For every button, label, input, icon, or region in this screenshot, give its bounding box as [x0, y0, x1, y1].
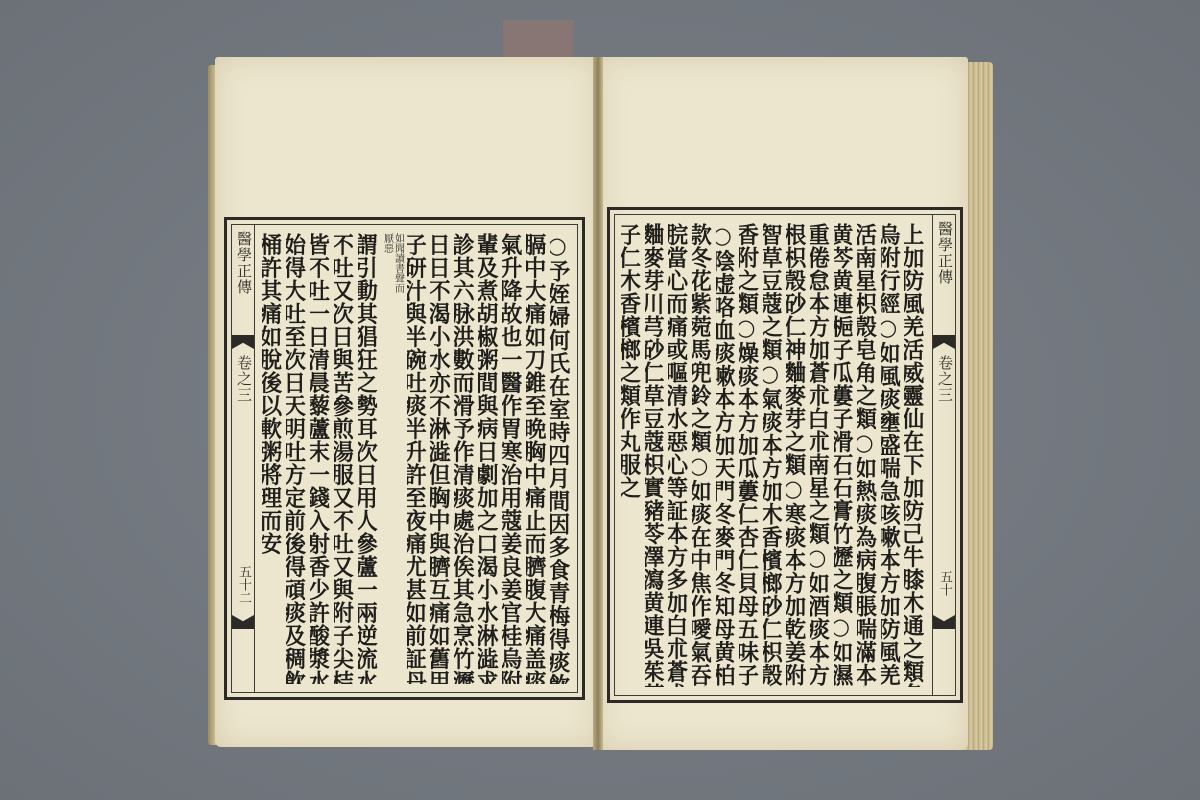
fishtail-icon — [232, 335, 254, 349]
right-banxin-column: 醫學正傳 卷之三 五十 — [932, 215, 955, 695]
text-column: 智草豆蔻之類○氣痰本方加木香檳榔砂仁枳殼烏藥 — [763, 223, 784, 687]
text-column: 黄芩黄連梔子瓜蔞子滑石石膏竹瀝之類○如濕痰身 — [834, 223, 855, 687]
right-text-columns: 上加防風羌活威靈仙在下加防己牛膝木通之類冬月加 烏附行經○如風痰壅盛喘急咳嗽本方… — [621, 223, 925, 687]
left-banxin-title: 醫學正傳 — [234, 231, 255, 295]
left-inner-border: 醫學正傳 卷之三 五十二 ○予姪婦何氏在室時四月間因多食青梅得痰飲病日間胸 膈中… — [231, 224, 578, 693]
text-column: 不吐又次日與苦參煎湯服又不吐又與附子尖桔梗蘆 — [334, 233, 355, 684]
text-column: 皆不吐一日清晨藜蘆末一錢入射香少許酸漿水調與 — [310, 233, 331, 684]
fishtail-icon — [933, 615, 955, 629]
right-inner-border: 醫學正傳 卷之三 五十 上加防風羌活威靈仙在下加防己牛膝木通之類冬月加 烏附行經… — [614, 214, 956, 696]
right-page-text-frame: 醫學正傳 卷之三 五十 上加防風羌活威靈仙在下加防己牛膝木通之類冬月加 烏附行經… — [607, 207, 963, 703]
book-spine-gutter — [593, 57, 603, 750]
text-column: 脘當心而痛或嘔清水惡心等証本方多加白朮蒼朮神 — [668, 223, 689, 687]
text-column: 上加防風羌活威靈仙在下加防己牛膝木通之類冬月加 — [904, 223, 925, 687]
left-text-columns: ○予姪婦何氏在室時四月間因多食青梅得痰飲病日間胸 膈中大痛如刀錐至晩胸中痛止而臍… — [262, 233, 571, 684]
left-banxin-column: 醫學正傳 卷之三 五十二 — [232, 225, 255, 692]
interlinear-note: 如聞讀書聲而厭惡 — [382, 233, 404, 293]
text-column: 款冬花紫菀馬兜鈴之類○如痰在中焦作噯氣吞酸胃 — [692, 223, 713, 687]
right-banxin-volume: 卷之三 — [935, 355, 956, 403]
text-column: 氣升降故也一醫作胃寒治用蔻姜良姜官桂烏附丁沉 — [502, 233, 523, 684]
text-column: ○陰虚咯血痰嗽本方加天門冬麥門冬知母黄柏貝母 — [716, 223, 737, 687]
text-column: 麯麥芽川芎砂仁草豆蔻枳實豬苓澤瀉黄連吳茱萸梔 — [645, 223, 666, 687]
text-column: 診其六脉洪數而滑予作清痰處治俟其急烹竹瀝服三 — [454, 233, 475, 684]
right-banxin-title: 醫學正傳 — [935, 221, 956, 285]
text-column: 活南星枳殼皂角之類○如熱痰為病腹脹喘滿本方加 — [857, 223, 878, 687]
text-column: 桶許其痛如脫後以軟粥將理而安 — [262, 233, 283, 684]
text-column: 重倦怠本方加蒼朮白朮南星之類○如酒痰本方加葛 — [810, 223, 831, 687]
open-book-scan: 醫學正傳 卷之三 五十二 ○予姪婦何氏在室時四月間因多食青梅得痰飲病日間胸 膈中… — [0, 0, 1200, 800]
left-banxin-volume: 卷之三 — [234, 355, 255, 403]
text-column: 香附之類○燥痰本方加瓜蔞仁杏仁貝母五味子之類 — [739, 223, 760, 687]
text-column: 輩及煮胡椒粥間與病日劇加之口渴小水淋澁求予治 — [478, 233, 499, 684]
text-column: 始得大吐至次日天明吐方定前後得頑痰及稠飲一小 — [286, 233, 307, 684]
left-page-text-frame: 醫學正傳 卷之三 五十二 ○予姪婦何氏在室時四月間因多食青梅得痰飲病日間胸 膈中… — [224, 217, 585, 700]
fishtail-icon — [933, 335, 955, 349]
text-column: 子研汁與半碗吐痰半升許至夜痛尤甚如前証丹溪所 — [407, 233, 428, 684]
text-column: ○予姪婦何氏在室時四月間因多食青梅得痰飲病日間胸 — [550, 233, 571, 684]
right-page-number: 五十 — [935, 570, 954, 596]
left-page-number: 五十二 — [234, 565, 253, 604]
text-column: 日日不渴小水亦不淋澁但胸中與臍互痛如舊用蘿蔔 — [430, 233, 451, 684]
fishtail-icon — [232, 615, 254, 629]
text-column: 子仁木香檳榔之類作丸服之 — [621, 223, 642, 687]
text-column: 膈中大痛如刀錐至晩胸中痛止而臍腹大痛盖痰飲隨 — [526, 233, 547, 684]
text-column: 烏附行經○如風痰壅盛喘急咳嗽本方加防風羌 — [881, 223, 902, 687]
text-column: 謂引動其猖狂之勢耳次日用人參蘆一兩逆流水煎服 — [358, 233, 379, 684]
text-column: 根枳殼砂仁神麯麥芽之類○寒痰本方加乾姜附子益 — [786, 223, 807, 687]
